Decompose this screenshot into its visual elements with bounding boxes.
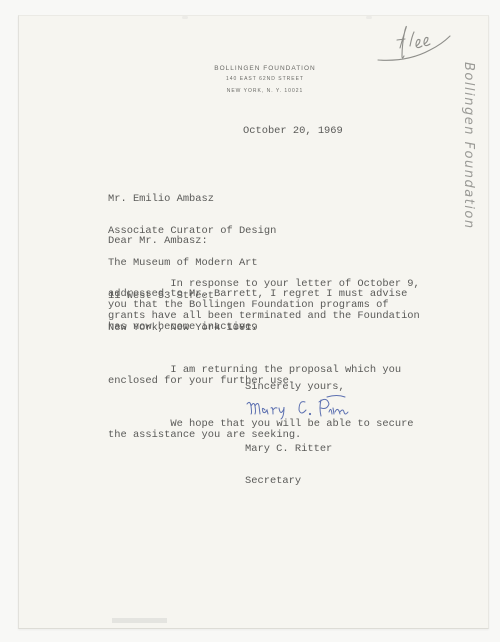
signer-title: Secretary [245, 476, 332, 487]
salutation: Dear Mr. Ambasz: [108, 236, 208, 247]
recipient-line: Mr. Emilio Ambasz [108, 194, 276, 205]
letterhead: BOLLINGEN FOUNDATION 140 EAST 62ND STREE… [180, 64, 350, 97]
handwritten-margin-note: Bollingen Foundation [462, 62, 478, 232]
letterhead-city: NEW YORK, N. Y. 10021 [180, 85, 350, 97]
margin-note-text: Bollingen Foundation [461, 62, 476, 230]
signature-block: Mary C. Ritter Secretary [245, 422, 332, 498]
punch-hole [182, 16, 188, 19]
signer-name: Mary C. Ritter [245, 444, 332, 455]
handwritten-signature [243, 394, 363, 420]
handwritten-file-annotation [370, 18, 460, 68]
archive-stamp [112, 618, 167, 623]
body-paragraph: In response to your letter of October 9,… [108, 279, 420, 333]
closing: Sincerely yours, [245, 382, 345, 393]
letter-date: October 20, 1969 [243, 126, 343, 137]
letterhead-name: BOLLINGEN FOUNDATION [180, 64, 350, 73]
letterhead-street: 140 EAST 62ND STREET [180, 73, 350, 85]
